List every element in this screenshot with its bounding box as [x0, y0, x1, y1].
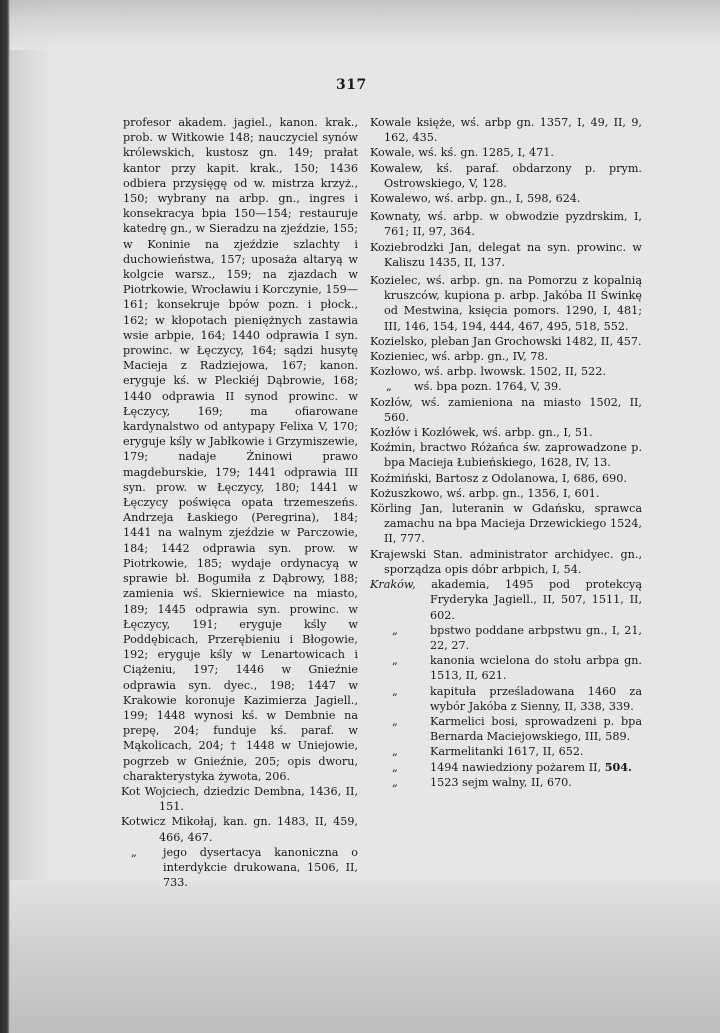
scan-shadow-left: [10, 0, 50, 1033]
index-entry: Kozieniec, wś. arbp. gn., IV, 78.: [370, 349, 642, 364]
ditto-mark: „: [392, 653, 398, 668]
index-entry: Kowale, wś. kś. gn. 1285, I, 471.: [370, 145, 642, 160]
index-entry: Kozłów i Kozłówek, wś. arbp. gn., I, 51.: [370, 425, 642, 440]
ditto-mark: „: [392, 684, 398, 699]
index-entry: Kozłów, wś. zamieniona na miasto 1502, I…: [370, 395, 642, 425]
index-entry: Koźmin, bractwo Różańca św. zaprowadzone…: [370, 440, 642, 470]
entry-text: Karmelici bosi, sprowadzeni p. bpa Berna…: [430, 715, 642, 743]
bold-page-ref: 504.: [605, 760, 632, 774]
ditto-mark: „: [386, 379, 392, 394]
index-entry: Kot Wojciech, dziedzic Dembna, 1436, II,…: [123, 784, 358, 814]
index-sub-entry: „ Karmelitanki 1617, II, 652.: [370, 744, 642, 759]
scan-binding-edge: [0, 0, 10, 1033]
ditto-mark: „: [392, 623, 398, 638]
entry-head: Kot: [121, 785, 140, 798]
index-sub-entry: „ kanonia wcielona do stołu arbpa gn. 15…: [370, 653, 642, 683]
index-entry: Kożuszkowo, wś. arbp. gn., 1356, I, 601.: [370, 486, 642, 501]
index-entry: Koźmiński, Bartosz z Odolanowa, I, 686, …: [370, 471, 642, 486]
index-entry: Kozielsko, pleban Jan Grochowski 1482, I…: [370, 334, 642, 349]
index-entry: Kowalewo, wś. arbp. gn., I, 598, 624.: [370, 191, 642, 206]
entry-text: bpstwo poddane arbpstwu gn., I, 21, 22, …: [430, 624, 642, 652]
index-sub-entry: „ wś. bpa pozn. 1764, V, 39.: [370, 379, 642, 394]
ditto-mark: „: [392, 744, 398, 759]
continuation-text: profesor akadem. jagiel., kanon. krak., …: [123, 115, 358, 784]
index-sub-entry: „ 1523 sejm walny, II, 670.: [370, 775, 642, 790]
index-sub-entry: „ Karmelici bosi, sprowadzeni p. bpa Ber…: [370, 714, 642, 744]
ditto-mark: „: [131, 845, 137, 860]
index-sub-entry: „ kapituła prześladowana 1460 za wybór J…: [370, 684, 642, 714]
index-entry: Krajewski Stan. administrator archidyec.…: [370, 547, 642, 577]
scan-shadow-bottom: [10, 880, 720, 1033]
index-entry: Körling Jan, luteranin w Gdańsku, sprawc…: [370, 501, 642, 547]
entry-text: akademia, 1495 pod protekcyą Fryderyka J…: [430, 578, 642, 621]
left-column: profesor akadem. jagiel., kanon. krak., …: [123, 115, 358, 890]
index-entry: Kozielec, wś. arbp. gn. na Pomorzu z kop…: [370, 273, 642, 334]
scan-shadow-top: [10, 0, 720, 50]
entry-text: jego dysertacya kanoniczna o interdykcie…: [163, 846, 358, 889]
entry-text: Wojciech, dziedzic Dembna, 1436, II, 151…: [145, 785, 358, 813]
entry-text: kanonia wcielona do stołu arbpa gn. 1513…: [430, 654, 642, 682]
ditto-mark: „: [392, 760, 398, 775]
index-entry: Kowale księże, wś. arbp gn. 1357, I, 49,…: [370, 115, 642, 145]
index-entry: Kozłowo, wś. arbp. lwowsk. 1502, II, 522…: [370, 364, 642, 379]
index-entry-krakow: Kraków, akademia, 1495 pod protekcyą Fry…: [370, 577, 642, 623]
entry-text: wś. bpa pozn. 1764, V, 39.: [414, 380, 562, 393]
index-entry: Koziebrodzki Jan, delegat na syn. prowin…: [370, 240, 642, 270]
index-entry: Kowalew, kś. paraf. obdarzony p. prym. O…: [370, 161, 642, 191]
ditto-mark: „: [392, 714, 398, 729]
entry-text: 1523 sejm walny, II, 670.: [430, 776, 572, 789]
entry-text: 1494 nawiedziony pożarem II,: [430, 761, 601, 774]
index-sub-entry: „ 1494 nawiedziony pożarem II, 504.: [370, 760, 642, 775]
index-sub-entry: „ bpstwo poddane arbpstwu gn., I, 21, 22…: [370, 623, 642, 653]
entry-text: Mikołaj, kan. gn. 1483, II, 459, 466, 46…: [159, 815, 358, 843]
right-column: Kowale księże, wś. arbp gn. 1357, I, 49,…: [370, 115, 642, 790]
entry-text: Karmelitanki 1617, II, 652.: [430, 745, 584, 758]
index-sub-entry: „ jego dysertacya kanoniczna o interdykc…: [123, 845, 358, 891]
entry-head: Kotwicz: [121, 815, 166, 828]
index-entry: Kotwicz Mikołaj, kan. gn. 1483, II, 459,…: [123, 814, 358, 844]
ditto-mark: „: [392, 775, 398, 790]
entry-text: kapituła prześladowana 1460 za wybór Jak…: [430, 685, 642, 713]
entry-head: Kraków,: [370, 578, 416, 591]
index-entry: Kownaty, wś. arbp. w obwodzie pyzdrskim,…: [370, 209, 642, 239]
page-number: 317: [336, 77, 367, 93]
